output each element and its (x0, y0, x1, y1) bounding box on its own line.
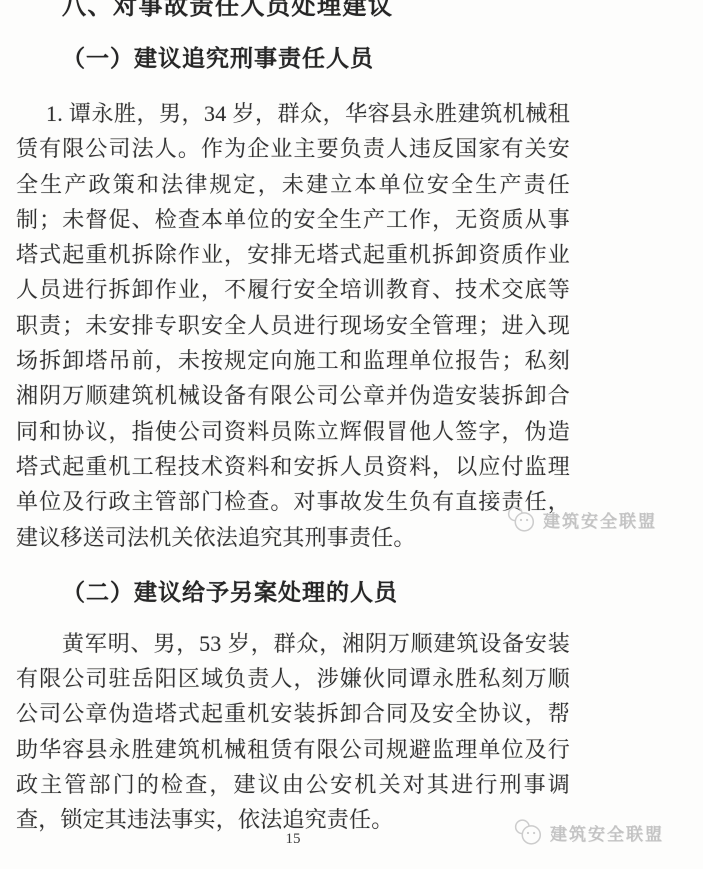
paragraph-huang-junming: 黄军明、男，53 岁，群众，湘阴万顺建筑设备安装有限公司驻岳阳区域负责人，涉嫌伙… (16, 626, 570, 838)
subsection-heading-criminal: （一）建议追究刑事责任人员 (62, 45, 703, 72)
document-text-flow: 八、对事故责任人员处理建议 （一）建议追究刑事责任人员 1. 谭永胜，男，34 … (0, 0, 703, 838)
section-heading: 八、对事故责任人员处理建议 (62, 0, 703, 22)
paragraph-tan-yongsheng: 1. 谭永胜，男，34 岁，群众，华容县永胜建筑机械租赁有限公司法人。作为企业主… (16, 96, 570, 555)
page-number: 15 (16, 831, 570, 848)
document-page: 八、对事故责任人员处理建议 （一）建议追究刑事责任人员 1. 谭永胜，男，34 … (0, 0, 703, 869)
subsection-heading-separate-case: （二）建议给予另案处理的人员 (62, 579, 703, 606)
